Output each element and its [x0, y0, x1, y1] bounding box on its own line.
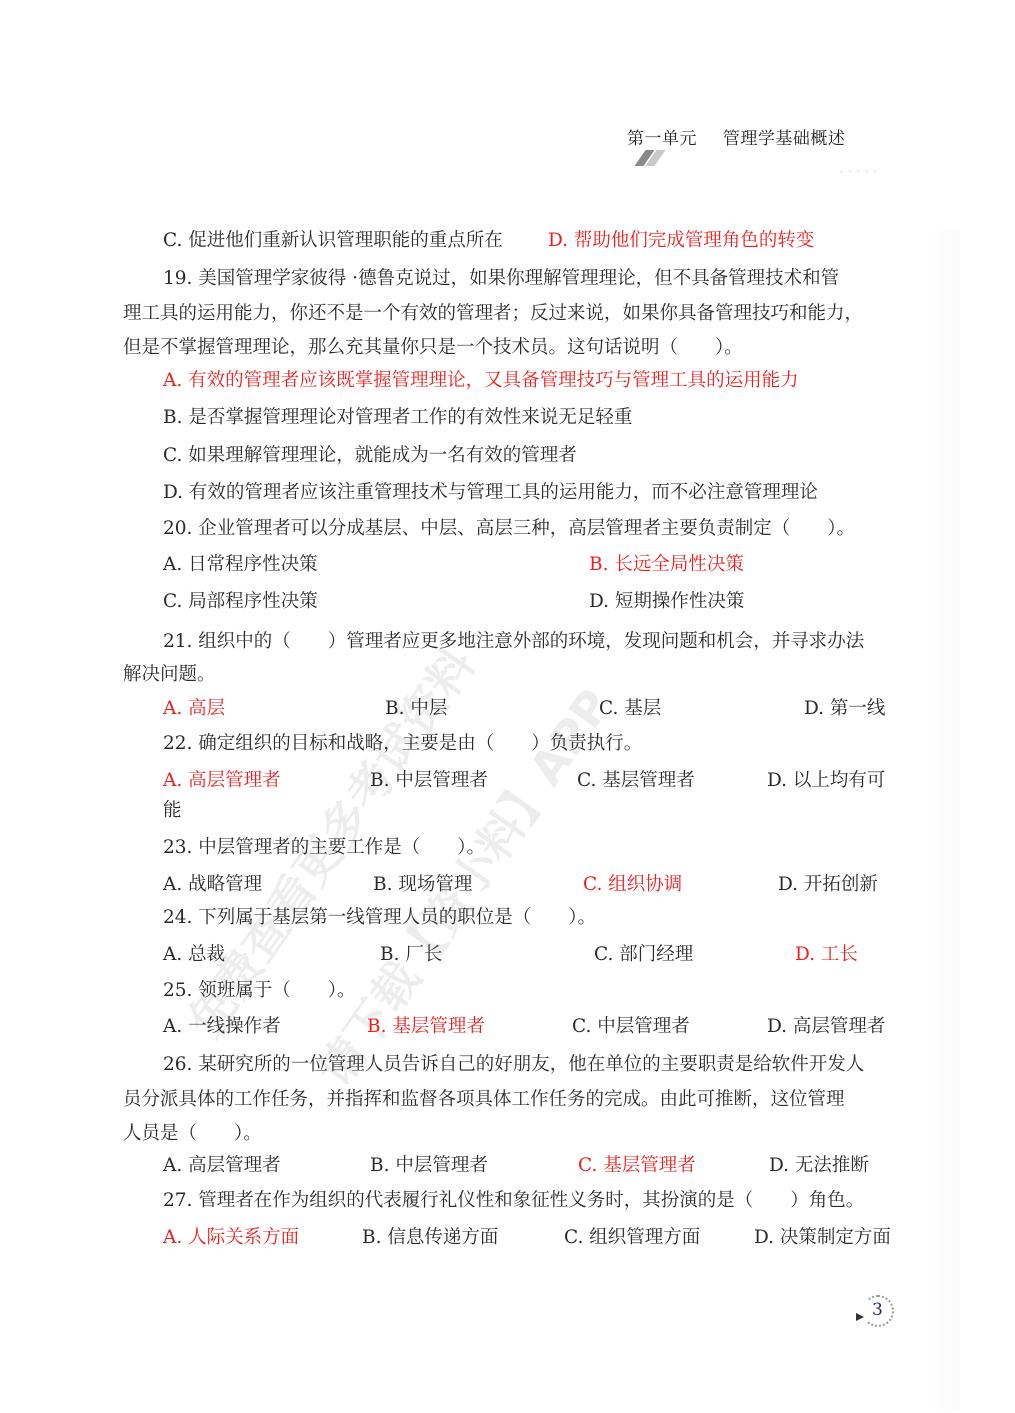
q22-option-c: C. 基层管理者	[577, 769, 695, 793]
q19-stem-line-2: 理工具的运用能力，你还不是一个有效的管理者；反过来说，如果你具备管理技巧和能力，	[123, 302, 863, 326]
q25-option-d: D. 高层管理者	[767, 1015, 885, 1039]
q25-stem: 25. 领班属于（ ）。	[163, 979, 356, 1003]
q24-option-d-answer: D. 工长	[795, 943, 858, 967]
page-edge-shade	[930, 230, 960, 1410]
q21-stem-line-2: 解决问题。	[123, 663, 216, 687]
q19-stem-line-3: 但是不掌握管理理论，那么充其量你只是一个技术员。这句话说明（ ）。	[123, 336, 743, 360]
q26-stem-line-1: 26. 某研究所的一位管理人员告诉自己的好朋友，他在单位的主要职责是给软件开发人	[163, 1053, 864, 1077]
q23-option-d: D. 开拓创新	[778, 873, 878, 897]
q23-option-b: B. 现场管理	[373, 873, 472, 897]
q23-stem: 23. 中层管理者的主要工作是（ ）。	[163, 836, 485, 860]
q19-option-b: B. 是否掌握管理理论对管理者工作的有效性来说无足轻重	[163, 406, 632, 430]
q25-option-c: C. 中层管理者	[572, 1015, 690, 1039]
page-number-badge: 3	[856, 1295, 896, 1335]
q26-stem-line-2: 员分派具体的工作任务，并指挥和监督各项具体工作任务的完成。由此可推断，这位管理	[123, 1088, 845, 1112]
q22-stem: 22. 确定组织的目标和战略，主要是由（ ）负责执行。	[163, 732, 642, 756]
page-number: 3	[872, 1300, 883, 1320]
q26-option-a: A. 高层管理者	[163, 1154, 281, 1178]
q20-option-d: D. 短期操作性决策	[589, 590, 744, 614]
q20-option-a: A. 日常程序性决策	[163, 553, 318, 577]
q22-option-d-wrap: 能	[163, 799, 182, 823]
running-header: 第一单元 管理学基础概述	[627, 124, 845, 149]
document-page: 免费查看更多考试资料 请下载【资小料】APP 第一单元 管理学基础概述 · · …	[0, 0, 1015, 1413]
q24-option-b: B. 厂长	[380, 943, 442, 967]
q25-option-a: A. 一线操作者	[163, 1015, 281, 1039]
q18-option-c: C. 促进他们重新认识管理职能的重点所在	[163, 229, 503, 253]
q27-option-b: B. 信息传递方面	[362, 1226, 498, 1250]
q23-option-a: A. 战略管理	[163, 873, 262, 897]
q19-option-a-answer: A. 有效的管理者应该既掌握管理理论，又具备管理技巧与管理工具的运用能力	[163, 369, 799, 393]
q24-option-a: A. 总裁	[163, 943, 225, 967]
q21-option-d: D. 第一线	[804, 697, 885, 721]
q19-option-c: C. 如果理解管理理论，就能成为一名有效的管理者	[163, 444, 577, 468]
q22-option-d: D. 以上均有可	[767, 769, 885, 793]
q21-stem-line-1: 21. 组织中的（ ）管理者应更多地注意外部的环境，发现问题和机会，并寻求办法	[163, 630, 864, 654]
q27-option-a-answer: A. 人际关系方面	[163, 1226, 299, 1250]
unit-label: 第一单元	[627, 129, 697, 149]
chapter-title: 管理学基础概述	[723, 129, 846, 149]
q22-option-b: B. 中层管理者	[370, 769, 488, 793]
q24-stem: 24. 下列属于基层第一线管理人员的职位是（ ）。	[163, 906, 596, 930]
header-dots-decoration: · · · · ·	[840, 167, 878, 178]
q26-option-b: B. 中层管理者	[370, 1154, 488, 1178]
q25-option-b-answer: B. 基层管理者	[367, 1015, 485, 1039]
q21-option-a-answer: A. 高层	[163, 697, 225, 721]
q21-option-b: B. 中层	[385, 697, 447, 721]
q20-stem: 20. 企业管理者可以分成基层、中层、高层三种，高层管理者主要负责制定（ ）。	[163, 517, 855, 541]
q27-stem: 27. 管理者在作为组织的代表履行礼仪性和象征性义务时，其扮演的是（ ）角色。	[163, 1189, 864, 1213]
q24-option-c: C. 部门经理	[594, 943, 693, 967]
q19-option-d: D. 有效的管理者应该注重管理技术与管理工具的运用能力，而不必注意管理理论	[163, 481, 818, 505]
q20-option-c: C. 局部程序性决策	[163, 590, 318, 614]
q18-option-d-answer: D. 帮助他们完成管理角色的转变	[548, 229, 814, 253]
arrow-right-icon	[856, 1313, 864, 1321]
q26-stem-line-3: 人员是（ ）。	[123, 1122, 262, 1146]
q26-option-d: D. 无法推断	[769, 1154, 869, 1178]
q22-option-a-answer: A. 高层管理者	[163, 769, 281, 793]
q26-option-c-answer: C. 基层管理者	[578, 1154, 696, 1178]
q23-option-c-answer: C. 组织协调	[583, 873, 682, 897]
q20-option-b-answer: B. 长远全局性决策	[589, 553, 744, 577]
q21-option-c: C. 基层	[599, 697, 661, 721]
q27-option-c: C. 组织管理方面	[564, 1226, 700, 1250]
q27-option-d: D. 决策制定方面	[754, 1226, 891, 1250]
q19-stem-line-1: 19. 美国管理学家彼得 ·德鲁克说过，如果你理解管理理论，但不具备管理技术和管	[163, 267, 839, 291]
